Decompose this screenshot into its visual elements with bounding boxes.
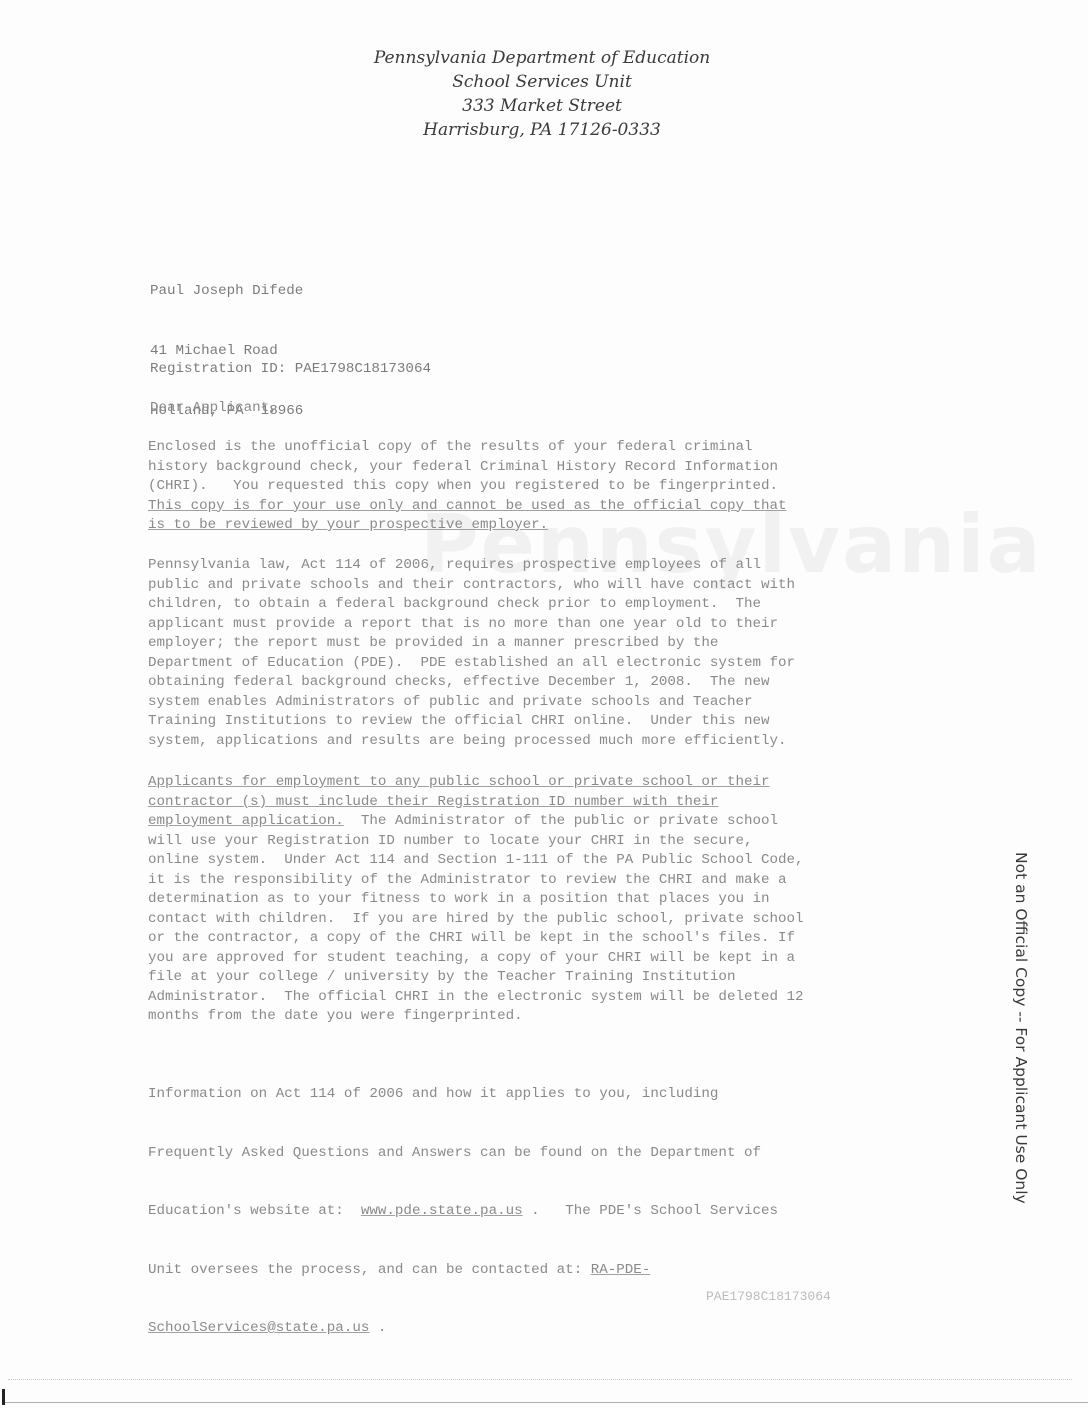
letterhead: Pennsylvania Department of Education Sch… [0,46,1084,142]
line-text: public and private schools and their con… [148,577,795,593]
info-line: Information on Act 114 of 2006 and how i… [148,1085,778,1105]
line-text: file at your college / university by the… [148,969,735,985]
info-text: Education's website at: [148,1203,361,1219]
line-text: online system. Under Act 114 and Section… [148,852,804,868]
line-text: (CHRI). You requested this copy when you… [148,478,778,494]
paragraph-line: children, to obtain a federal background… [148,595,795,615]
paragraph-line: Administrator. The official CHRI in the … [148,988,804,1008]
recipient-name: Paul Joseph Difede [150,281,303,301]
paragraph-line: (CHRI). You requested this copy when you… [148,477,787,497]
line-text: contact with children. If you are hired … [148,911,804,927]
line-text: children, to obtain a federal background… [148,596,761,612]
paragraph-line: applicant must provide a report that is … [148,615,795,635]
paragraph-line: Pennsylvania law, Act 114 of 2006, requi… [148,556,795,576]
paragraph-line: you are approved for student teaching, a… [148,949,804,969]
underlined-text: contractor (s) must include their Regist… [148,794,718,810]
paragraph-line: system, applications and results are bei… [148,732,795,752]
info-text: . [369,1320,386,1336]
line-text: The Administrator of the public or priva… [344,813,778,829]
paragraph-line: is to be reviewed by your prospective em… [148,516,787,536]
paragraph-line: it is the responsibility of the Administ… [148,871,804,891]
page-edge-line [4,1402,1088,1403]
line-text: Administrator. The official CHRI in the … [148,989,804,1005]
letterhead-street: 333 Market Street [0,94,1084,118]
paragraph-information: Information on Act 114 of 2006 and how i… [148,1046,778,1358]
letterhead-org: Pennsylvania Department of Education [0,46,1084,70]
paragraph-applicants: Applicants for employment to any public … [148,773,804,1027]
line-text: system enables Administrators of public … [148,694,753,710]
paragraph-act-114: Pennsylvania law, Act 114 of 2006, requi… [148,556,795,751]
info-line: Frequently Asked Questions and Answers c… [148,1144,778,1164]
paragraph-line: history background check, your federal C… [148,458,787,478]
paragraph-line: obtaining federal background checks, eff… [148,673,795,693]
recipient-street: 41 Michael Road [150,341,303,361]
line-text: Training Institutions to review the offi… [148,713,770,729]
line-text: history background check, your federal C… [148,459,778,475]
paragraph-line: Enclosed is the unofficial copy of the r… [148,438,787,458]
line-text: will use your Registration ID number to … [148,833,753,849]
info-line: Education's website at: www.pde.state.pa… [148,1202,778,1222]
paragraph-line: months from the date you were fingerprin… [148,1007,804,1027]
paragraph-enclosed: Enclosed is the unofficial copy of the r… [148,438,787,536]
paragraph-line: will use your Registration ID number to … [148,832,804,852]
paragraph-line: employment application. The Administrato… [148,812,804,832]
scan-artifact-line [8,1379,1072,1380]
paragraph-line: employer; the report must be provided in… [148,634,795,654]
line-text: you are approved for student teaching, a… [148,950,795,966]
line-text: applicant must provide a report that is … [148,616,778,632]
paragraph-line: contact with children. If you are hired … [148,910,804,930]
registration-id: PAE1798C18173064 [295,361,431,377]
line-text: it is the responsibility of the Administ… [148,872,787,888]
salutation: Dear Applicant, [150,398,278,418]
not-official-copy-stamp: Not an Official Copy -- For Applicant Us… [1012,852,1030,1204]
letterhead-city: Harrisburg, PA 17126-0333 [0,118,1084,142]
line-text: Enclosed is the unofficial copy of the r… [148,439,753,455]
paragraph-line: contractor (s) must include their Regist… [148,793,804,813]
paragraph-line: determination as to your fitness to work… [148,890,804,910]
info-text: . The PDE's School Services [523,1203,778,1219]
website-link[interactable]: www.pde.state.pa.us [361,1203,523,1219]
paragraph-line: Applicants for employment to any public … [148,773,804,793]
info-text: Unit oversees the process, and can be co… [148,1262,591,1278]
scan-artifact-mark [2,1389,5,1405]
line-text: months from the date you were fingerprin… [148,1008,523,1024]
underlined-text: Applicants for employment to any public … [148,774,770,790]
letterhead-unit: School Services Unit [0,70,1084,94]
footer-registration-id: PAE1798C18173064 [706,1289,831,1304]
paragraph-line: file at your college / university by the… [148,968,804,988]
info-line: Unit oversees the process, and can be co… [148,1261,778,1281]
info-line: SchoolServices@state.pa.us . [148,1319,778,1339]
line-text: employer; the report must be provided in… [148,635,718,651]
line-text: determination as to your fitness to work… [148,891,770,907]
line-text: system, applications and results are bei… [148,733,787,749]
email-link-part1[interactable]: RA-PDE- [591,1262,651,1278]
underlined-text: This copy is for your use only and canno… [148,498,787,514]
line-text: Pennsylvania law, Act 114 of 2006, requi… [148,557,761,573]
paragraph-line: Training Institutions to review the offi… [148,712,795,732]
line-text: or the contractor, a copy of the CHRI wi… [148,930,795,946]
paragraph-line: This copy is for your use only and canno… [148,497,787,517]
underlined-text: is to be reviewed by your prospective em… [148,517,548,533]
paragraph-line: or the contractor, a copy of the CHRI wi… [148,929,804,949]
registration-id-line: Registration ID: PAE1798C18173064 [150,359,431,379]
line-text: obtaining federal background checks, eff… [148,674,770,690]
paragraph-line: system enables Administrators of public … [148,693,795,713]
paragraph-line: online system. Under Act 114 and Section… [148,851,804,871]
underlined-text: employment application. [148,813,344,829]
registration-label: Registration ID: [150,361,286,377]
paragraph-line: public and private schools and their con… [148,576,795,596]
email-link-part2[interactable]: SchoolServices@state.pa.us [148,1320,369,1336]
paragraph-line: Department of Education (PDE). PDE estab… [148,654,795,674]
line-text: Department of Education (PDE). PDE estab… [148,655,795,671]
